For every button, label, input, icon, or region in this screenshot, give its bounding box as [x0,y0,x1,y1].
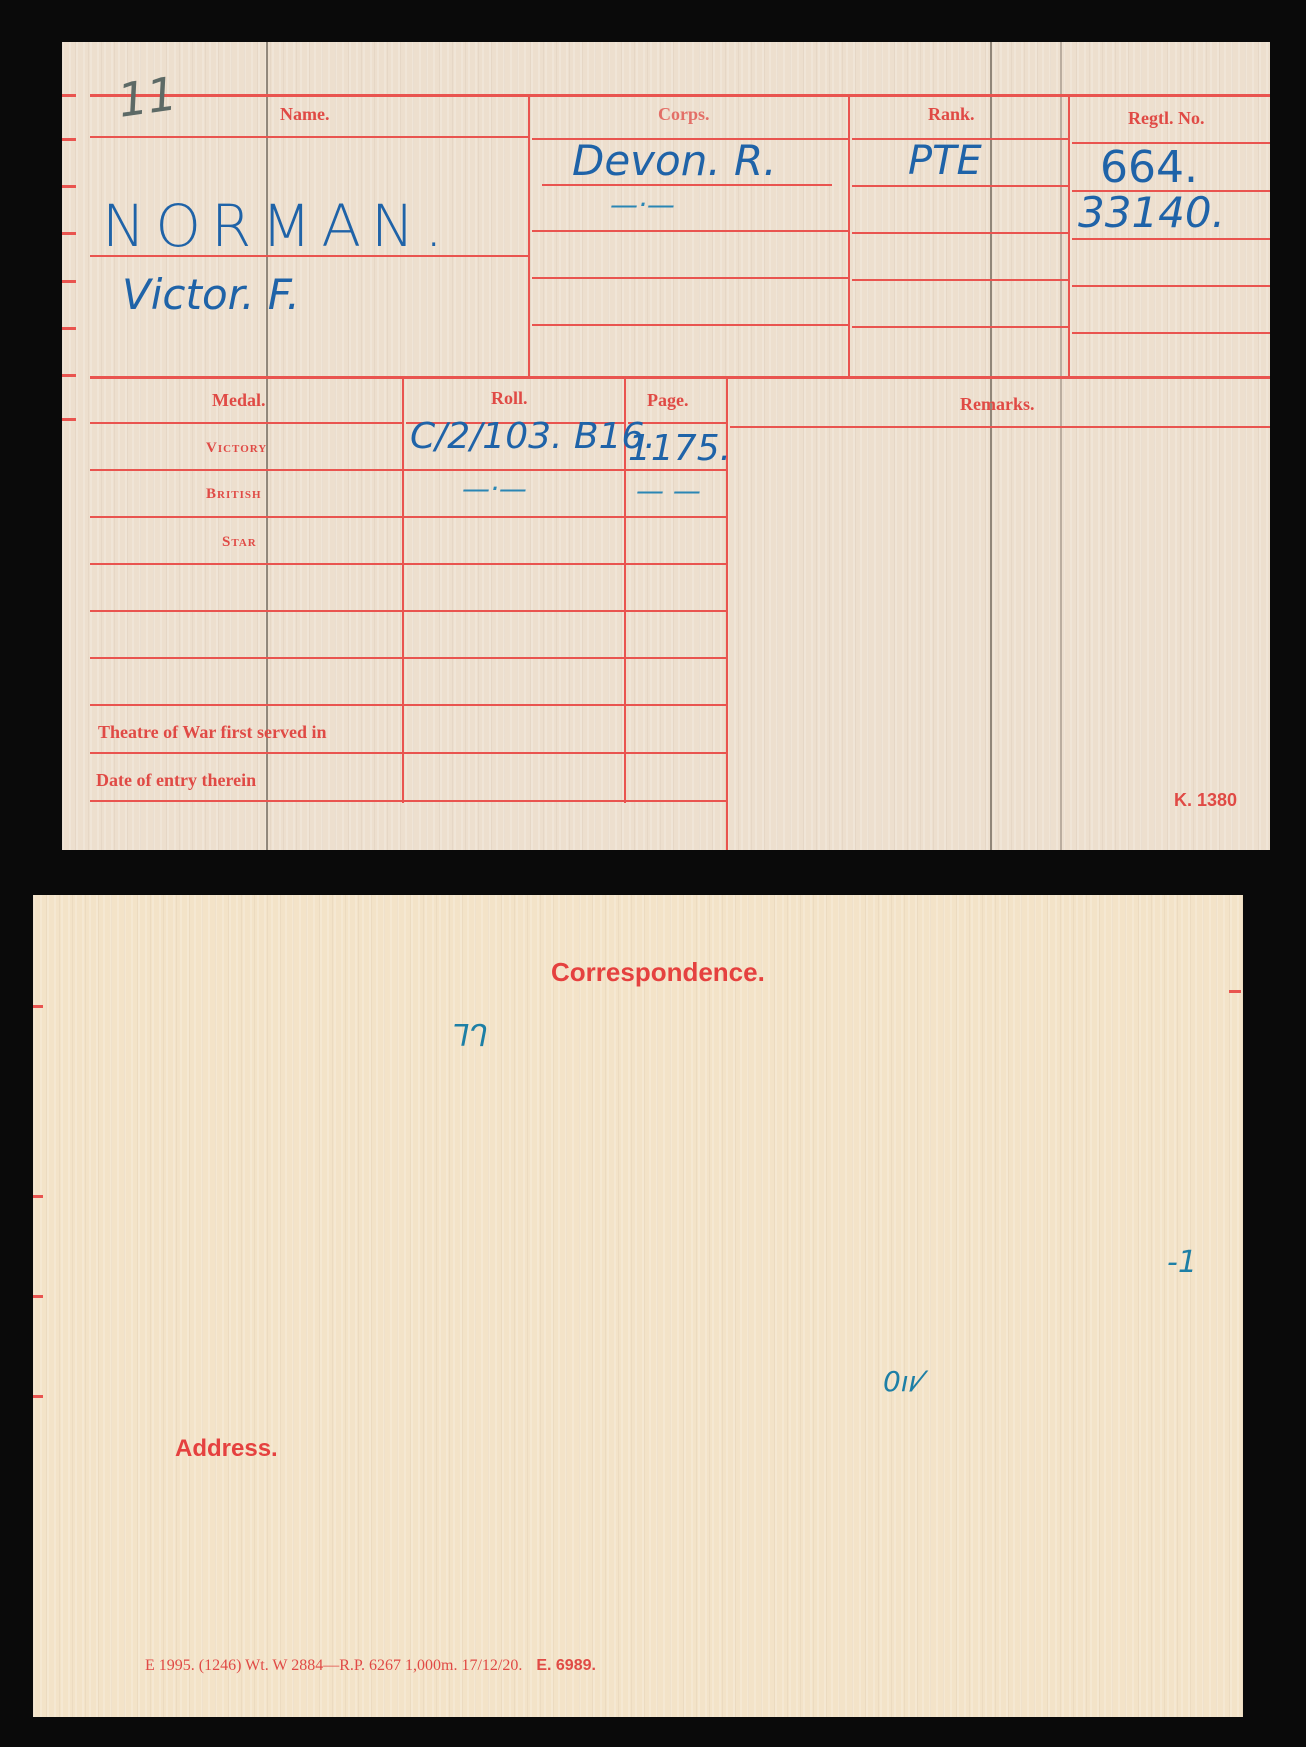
regtl-rule [1072,332,1270,334]
margin-tick [33,1295,43,1298]
date-of-entry-label: Date of entry therein [96,770,256,791]
corps-rule [532,277,848,279]
medal-label: British [206,486,262,503]
margin-tick [62,280,76,283]
margin-tick [1229,990,1241,993]
rank-rule [852,326,1068,328]
margin-tick [33,1195,43,1198]
medal-row-rule [90,704,726,706]
form-code: K. 1380 [1174,790,1237,811]
margin-tick [33,1005,43,1008]
margin-tick [62,138,76,141]
medal-row-rule [90,610,726,612]
margin-tick [62,327,76,330]
medal-row-rule [90,657,726,659]
page-entry: — — [636,474,701,507]
fold-line [990,42,992,850]
ink-mark: ᒣᒉ [451,1019,488,1054]
corps-rank-divider [848,97,850,377]
margin-tick [62,94,76,97]
header-page: Page. [647,390,688,411]
ink-mark: -1 [1167,1245,1197,1280]
medal-rule [90,422,402,424]
medal-label: Star [222,534,257,551]
margin-tick [62,185,76,188]
header-rank: Rank. [928,104,975,125]
roll-entry: —·— [462,472,527,505]
corps-entry: Devon. R. [572,136,777,185]
header-corps: Corps. [658,104,710,125]
medal-roll-divider [402,379,404,803]
pencil-mark: 11 [115,66,180,128]
regtl-no-entry-2: 33140. [1078,188,1225,237]
margin-tick [62,418,76,421]
correspondence-title: Correspondence. [551,957,765,988]
print-line-text: E 1995. (1246) Wt. W 2884—R.P. 6267 1,00… [145,1657,522,1674]
top-rule [90,94,1270,97]
print-line: E 1995. (1246) Wt. W 2884—R.P. 6267 1,00… [145,1657,596,1675]
medal-row-rule [90,800,726,802]
medal-index-card-back: Correspondence. Address. ᒣᒉ -1 0ıı⁄ E 19… [33,895,1243,1717]
rank-regtl-divider [1068,97,1070,377]
medal-row-rule [90,469,726,471]
regtl-no-entry-1: 664. [1100,142,1198,193]
rank-rule [852,232,1068,234]
theatre-of-war-label: Theatre of War first served in [98,722,326,743]
rank-rule [852,279,1068,281]
margin-tick [62,232,76,235]
remarks-rule [730,426,1270,428]
medal-row-rule [90,516,726,518]
surname-entry: NORMAN. [102,192,453,260]
medal-row-rule [90,563,726,565]
header-name: Name. [280,104,329,125]
header-medal: Medal. [212,390,266,411]
address-label: Address. [175,1435,278,1463]
corps-ditto-entry: —·— [610,188,675,221]
corps-rule [532,324,848,326]
margin-tick [62,374,76,377]
medal-row-rule [90,752,726,754]
header-roll: Roll. [491,388,528,409]
corps-rule [532,230,848,232]
roll-entry: C/2/103. B16. [410,416,656,457]
header-regtl-no: Regtl. No. [1128,108,1204,129]
forename-entry: Victor. F. [122,270,300,319]
fold-line [1060,42,1062,850]
ink-mark: 0ıı⁄ [883,1365,921,1398]
margin-tick [33,1395,43,1398]
medal-index-card-front: 11 Name. Corps. Rank. Regtl. No. NORMAN.… [62,42,1270,850]
print-code: E. 6989. [536,1657,596,1674]
page-entry: 1175. [628,428,731,469]
rank-rule [852,185,1068,187]
regtl-rule [1072,238,1270,240]
medal-label: Victory [206,440,267,457]
header-remarks: Remarks. [960,394,1035,415]
rank-entry: PTE [908,138,982,184]
section-rule [90,376,1270,379]
name-header-rule [90,136,530,138]
name-corps-divider [528,97,530,377]
regtl-rule [1072,285,1270,287]
